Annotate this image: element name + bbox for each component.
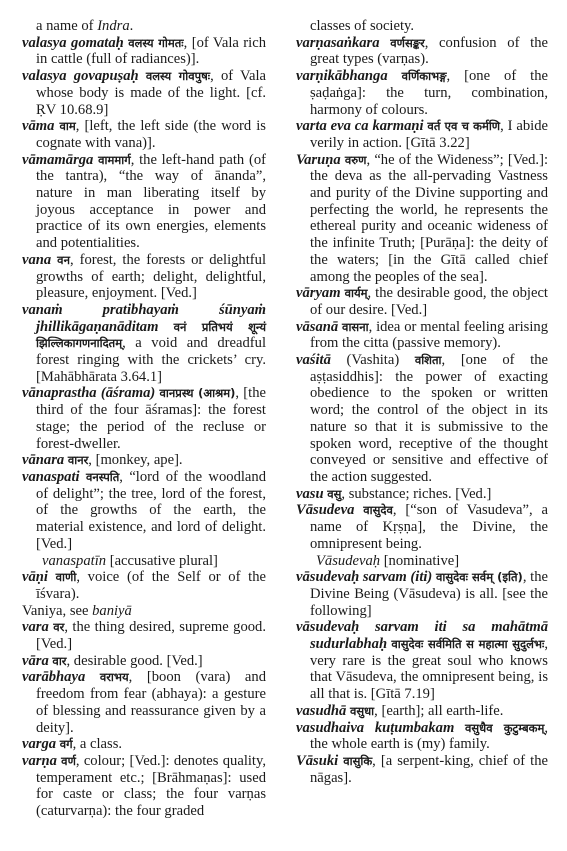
devanagari-text: वर्त एव च कर्मणि bbox=[427, 119, 500, 133]
headword: varta eva ca karmaṇi bbox=[296, 118, 424, 134]
headword: varṇikābhanga bbox=[296, 68, 388, 84]
headword: vana bbox=[22, 252, 51, 268]
dictionary-entry: varṇikābhanga वर्णिकाभङ्ग, [one of the ṣ… bbox=[296, 68, 548, 118]
headword: vāma bbox=[22, 118, 54, 134]
dictionary-entry: vāsanā वासना, idea or mental feeling ari… bbox=[296, 319, 548, 352]
entry-text: a name of bbox=[36, 18, 97, 34]
definition: , desirable good. [Ved.] bbox=[67, 653, 203, 669]
devanagari-text: वशिता bbox=[415, 353, 442, 367]
dictionary-entry: vanaṁ pratibhayaṁ śūnyaṁ jhillikāgaṇanād… bbox=[22, 302, 266, 386]
headword: valasya govapuṣaḥ bbox=[22, 68, 139, 84]
dictionary-entry: vanaspatīn [accusative plural] bbox=[22, 553, 266, 570]
dictionary-entry: varṇa वर्ण, colour; [Ved.]: denotes qual… bbox=[22, 753, 266, 820]
devanagari-text: वलस्य गोमतः bbox=[128, 36, 183, 50]
dictionary-entry: varta eva ca karmaṇi वर्त एव च कर्मणि, I… bbox=[296, 118, 548, 151]
headword: vānara bbox=[22, 452, 64, 468]
dictionary-entry: vāmamārga वाममार्ग, the left-hand path (… bbox=[22, 152, 266, 252]
dictionary-entry: Vaniya, see baniyā bbox=[22, 603, 266, 620]
devanagari-text: वासुकि bbox=[343, 754, 372, 768]
dictionary-entry: vāma वाम, [left, the left side (the word… bbox=[22, 118, 266, 151]
headword: varṇa bbox=[22, 753, 57, 769]
headword: varṇasaṅkara bbox=[296, 35, 380, 51]
dictionary-entry: vara वर, the thing desired, supreme good… bbox=[22, 619, 266, 652]
entry-tail: [accusative plural] bbox=[106, 553, 218, 569]
dictionary-entry: Vāsudevaḥ [nominative] bbox=[296, 553, 548, 570]
entry-text: classes of society. bbox=[310, 18, 414, 34]
definition: , substance; riches. [Ved.] bbox=[341, 486, 491, 502]
devanagari-text: वाम bbox=[60, 119, 76, 133]
dictionary-entry: valasya gomataḥ वलस्य गोमतः, [of Vala ri… bbox=[22, 35, 266, 68]
headword: vāryam bbox=[296, 285, 341, 301]
dictionary-entry: vāryam वार्यम्, the desirable good, the … bbox=[296, 285, 548, 318]
left-column: a name of Indra.valasya gomataḥ वलस्य गो… bbox=[22, 18, 266, 820]
entry-italic: Indra bbox=[97, 18, 129, 34]
definition: , the thing desired, supreme good. [Ved.… bbox=[36, 619, 266, 652]
devanagari-text: वाणी bbox=[56, 570, 77, 584]
devanagari-text: वासना bbox=[342, 320, 369, 334]
definition: , [one of the aṣṭasiddhis]: the power of… bbox=[310, 352, 548, 485]
headword: vāra bbox=[22, 653, 49, 669]
dictionary-entry: Vāsuki वासुकि, [a serpent-king, chief of… bbox=[296, 753, 548, 786]
devanagari-text: वानर bbox=[68, 453, 88, 467]
dictionary-page: a name of Indra.valasya gomataḥ वलस्य गो… bbox=[0, 0, 567, 851]
devanagari-text: वनस्पति bbox=[86, 470, 119, 484]
devanagari-text: वासुदेवः सर्वम् (इति) bbox=[436, 570, 523, 584]
devanagari-text: वलस्य गोवपुषः bbox=[146, 69, 210, 83]
definition: , [earth]; all earth-life. bbox=[374, 703, 503, 719]
devanagari-text: वसुधैव कुटुम्बकम् bbox=[465, 721, 544, 735]
dictionary-entry: vasudhā वसुधा, [earth]; all earth-life. bbox=[296, 703, 548, 720]
entry-italic: vanaspatīn bbox=[42, 553, 106, 569]
dictionary-entry: vanaspati वनस्पति, “lord of the woodland… bbox=[22, 469, 266, 553]
headword: vara bbox=[22, 619, 49, 635]
devanagari-text: वार्यम् bbox=[345, 286, 368, 300]
devanagari-text: वर्ण bbox=[61, 754, 76, 768]
devanagari-text: वासुदेवः सर्वमिति स महात्मा सुदुर्लभः bbox=[391, 637, 544, 651]
dictionary-entry: Varuṇa वरुण, “he of the Wideness”; [Ved.… bbox=[296, 152, 548, 286]
headword: vānaprastha (āśrama) bbox=[22, 385, 155, 401]
dictionary-entry: vasudhaiva kuṭumbakam वसुधैव कुटुम्बकम्,… bbox=[296, 720, 548, 753]
dictionary-entry: vānara वानर, [monkey, ape]. bbox=[22, 452, 266, 469]
dictionary-entry: vaśitā (Vashita) वशिता, [one of the aṣṭa… bbox=[296, 352, 548, 486]
devanagari-text: वर्णिकाभङ्ग bbox=[402, 69, 447, 83]
dictionary-entry: vāsudevaḥ sarvam iti sa mahātmā sudurlab… bbox=[296, 619, 548, 703]
headword: Varuṇa bbox=[296, 152, 341, 168]
headword: vāṇi bbox=[22, 569, 48, 585]
devanagari-text: वार bbox=[52, 654, 66, 668]
headword: vasudhaiva kuṭumbakam bbox=[296, 720, 454, 736]
headword: vāsudevaḥ sarvam (iti) bbox=[296, 569, 432, 585]
definition: , forest, the forests or delightful grow… bbox=[36, 252, 266, 301]
devanagari-text: वानप्रस्थ (आश्रम) bbox=[160, 386, 236, 400]
headword: Vāsuki bbox=[296, 753, 338, 769]
definition: , a class. bbox=[73, 736, 122, 752]
headword: vasu bbox=[296, 486, 324, 502]
devanagari-text: वराभय bbox=[100, 670, 129, 684]
dictionary-entry: vasu वसु, substance; riches. [Ved.] bbox=[296, 486, 548, 503]
dictionary-entry: vana वन, forest, the forests or delightf… bbox=[22, 252, 266, 302]
definition: , “he of the Wideness”; [Ved.]: the deva… bbox=[310, 152, 548, 285]
right-column: classes of society.varṇasaṅkara वर्णसङ्क… bbox=[296, 18, 548, 786]
entry-italic: Vāsudevaḥ bbox=[316, 553, 380, 569]
devanagari-text: वसुधा bbox=[350, 704, 374, 718]
devanagari-text: वसु bbox=[327, 487, 341, 501]
devanagari-text: वन bbox=[57, 253, 70, 267]
headword: varga bbox=[22, 736, 56, 752]
headword-note: (Vashita) bbox=[331, 352, 415, 368]
dictionary-entry: Vāsudeva वासुदेव, [“son of Vasudeva”, a … bbox=[296, 502, 548, 552]
entry-tail: . bbox=[130, 18, 134, 34]
entry-italic: baniyā bbox=[92, 603, 132, 619]
devanagari-text: वासुदेव bbox=[363, 503, 393, 517]
headword: vāsanā bbox=[296, 319, 338, 335]
headword: varābhaya bbox=[22, 669, 85, 685]
headword: vanaspati bbox=[22, 469, 80, 485]
dictionary-entry: vāra वार, desirable good. [Ved.] bbox=[22, 653, 266, 670]
dictionary-entry: valasya govapuṣaḥ वलस्य गोवपुषः, of Vala… bbox=[22, 68, 266, 118]
dictionary-entry: varga वर्ग, a class. bbox=[22, 736, 266, 753]
devanagari-text: वर bbox=[53, 620, 64, 634]
dictionary-entry: vāsudevaḥ sarvam (iti) वासुदेवः सर्वम् (… bbox=[296, 569, 548, 619]
dictionary-entry: vānaprastha (āśrama) वानप्रस्थ (आश्रम), … bbox=[22, 385, 266, 452]
definition: , [monkey, ape]. bbox=[88, 452, 182, 468]
devanagari-text: वरुण bbox=[345, 153, 367, 167]
dictionary-entry: varābhaya वराभय, [boon (vara) and freedo… bbox=[22, 669, 266, 736]
devanagari-text: वर्णसङ्कर bbox=[390, 36, 424, 50]
devanagari-text: वाममार्ग bbox=[98, 153, 131, 167]
headword: valasya gomataḥ bbox=[22, 35, 124, 51]
headword: vaśitā bbox=[296, 352, 331, 368]
dictionary-entry: classes of society. bbox=[296, 18, 548, 35]
devanagari-text: वर्ग bbox=[60, 737, 73, 751]
headword: Vāsudeva bbox=[296, 502, 354, 518]
dictionary-entry: a name of Indra. bbox=[22, 18, 266, 35]
entry-text: Vaniya, see bbox=[22, 603, 92, 619]
headword: vasudhā bbox=[296, 703, 346, 719]
headword: vāmamārga bbox=[22, 152, 93, 168]
dictionary-entry: varṇasaṅkara वर्णसङ्कर, confusion of the… bbox=[296, 35, 548, 68]
dictionary-entry: vāṇi वाणी, voice (of the Self or of the … bbox=[22, 569, 266, 602]
entry-tail: [nominative] bbox=[380, 553, 459, 569]
